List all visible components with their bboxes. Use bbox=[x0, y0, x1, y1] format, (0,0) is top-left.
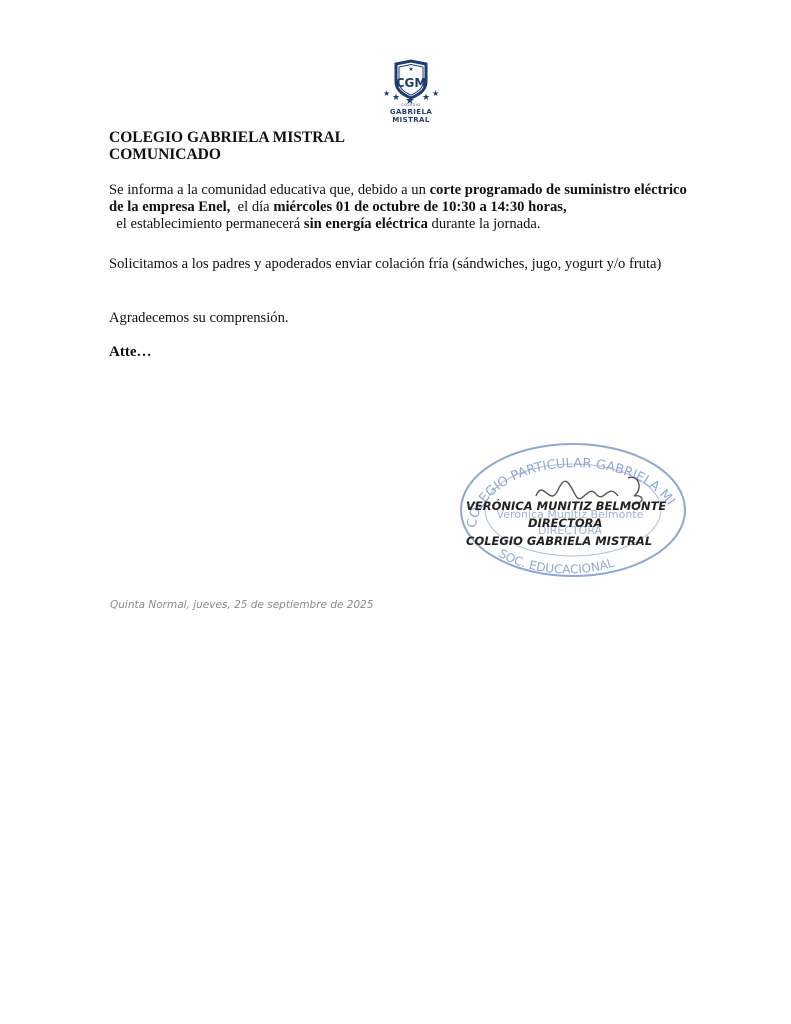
logo-school-name: GABRIELA MISTRAL bbox=[370, 108, 452, 124]
notice-text: Se informa a la comunidad educativa que,… bbox=[109, 182, 430, 198]
notice-no-power-bold: sin energía eléctrica bbox=[304, 216, 428, 232]
school-name-heading: COLEGIO GABRIELA MISTRAL bbox=[109, 129, 345, 146]
request-paragraph: Solicitamos a los padres y apoderados en… bbox=[109, 256, 699, 273]
logo-small-label: COLEGIO bbox=[376, 103, 446, 107]
svg-text:★: ★ bbox=[383, 89, 390, 98]
thanks-paragraph: Agradecemos su comprensión. bbox=[109, 310, 699, 327]
svg-text:★: ★ bbox=[392, 92, 400, 102]
stamp-bottom-text: SOC. EDUCACIONAL bbox=[496, 546, 616, 576]
closing: Atte… bbox=[109, 344, 151, 361]
place-and-date: Quinta Normal, jueves, 25 de septiembre … bbox=[110, 599, 374, 611]
svg-text:CGM: CGM bbox=[396, 76, 427, 90]
svg-text:★: ★ bbox=[408, 66, 413, 73]
svg-text:★: ★ bbox=[422, 92, 430, 102]
svg-text:SOC. EDUCACIONAL: SOC. EDUCACIONAL bbox=[496, 546, 616, 576]
document-heading: COLEGIO GABRIELA MISTRAL COMUNICADO bbox=[109, 129, 345, 163]
signer-school: COLEGIO GABRIELA MISTRAL bbox=[466, 534, 652, 548]
signer-name: VERÓNICA MUNITIZ BELMONTE bbox=[466, 499, 666, 513]
notice-text: el día bbox=[230, 199, 273, 215]
document-title: COMUNICADO bbox=[109, 146, 345, 163]
notice-paragraph: Se informa a la comunidad educativa que,… bbox=[109, 182, 699, 233]
svg-text:★: ★ bbox=[432, 89, 439, 98]
notice-text: durante la jornada. bbox=[428, 216, 541, 232]
notice-text: el establecimiento permanecerá bbox=[109, 216, 304, 232]
signer-role: DIRECTORA bbox=[528, 516, 602, 530]
notice-date-bold: miércoles 01 de octubre de 10:30 a 14:30… bbox=[273, 199, 566, 215]
